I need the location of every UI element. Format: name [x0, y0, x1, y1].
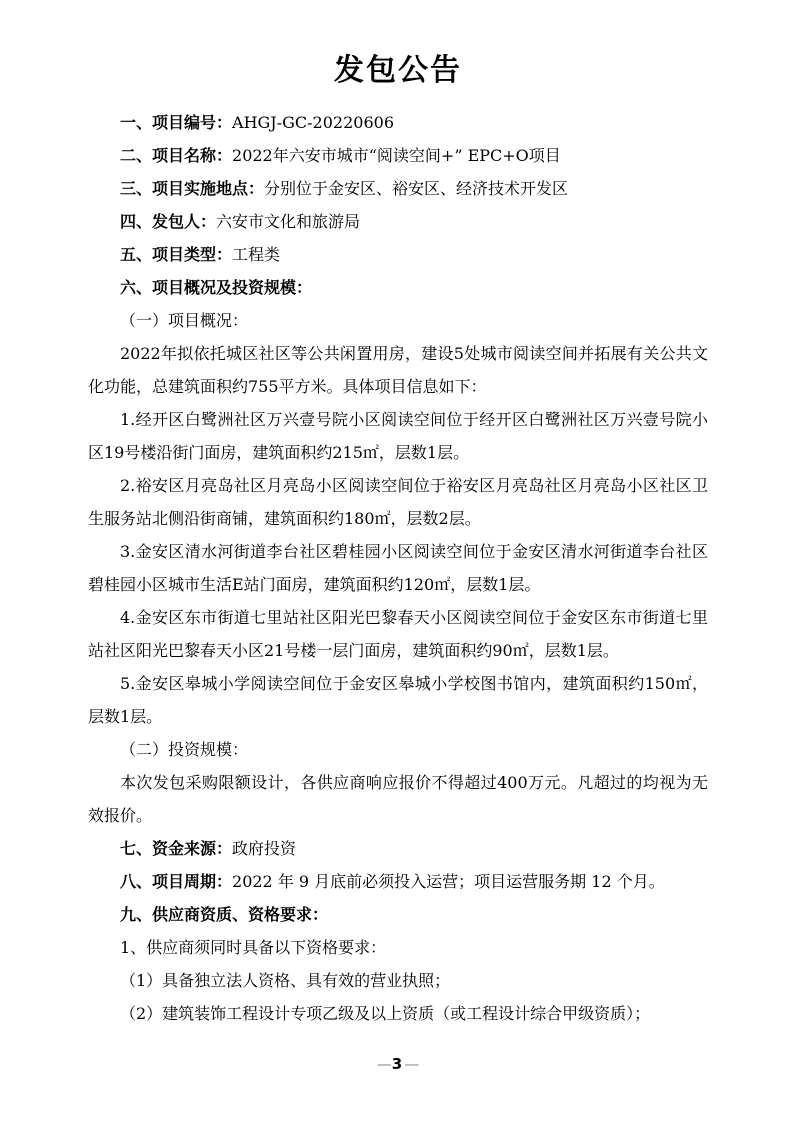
- document-title: 发包公告: [88, 50, 708, 92]
- footer-dash-right: —: [404, 1055, 417, 1073]
- paragraph-label: 四、发包人：: [120, 212, 216, 231]
- paragraph-text: 3.金安区清水河街道李台社区碧桂园小区阅读空间位于金安区清水河街道李台社区碧桂园…: [88, 542, 708, 594]
- paragraph: 3.金安区清水河街道李台社区碧桂园小区阅读空间位于金安区清水河街道李台社区碧桂园…: [88, 535, 708, 601]
- footer-dash-left: —: [377, 1055, 390, 1073]
- document-body: 一、项目编号：AHGJ-GC-20220606二、项目名称：2022年六安市城市…: [88, 106, 708, 1030]
- paragraph: （一）项目概况：: [88, 304, 708, 337]
- paragraph-label: 八、项目周期：: [120, 872, 232, 891]
- paragraph-text: 工程类: [232, 245, 280, 264]
- paragraph-text: 本次发包采购限额设计，各供应商响应报价不得超过400万元。凡超过的均视为无效报价…: [88, 773, 708, 825]
- paragraph-label: 三、项目实施地点：: [120, 179, 264, 198]
- paragraph-label: 六、项目概况及投资规模：: [120, 278, 312, 297]
- paragraph: 4.金安区东市街道七里站社区阳光巴黎春天小区阅读空间位于金安区东市街道七里站社区…: [88, 601, 708, 667]
- paragraph-text: （二）投资规模：: [120, 740, 248, 759]
- paragraph-text: 1、供应商须同时具备以下资格要求：: [120, 938, 386, 957]
- paragraph-text: 分别位于金安区、裕安区、经济技术开发区: [264, 179, 568, 198]
- paragraph-text: 六安市文化和旅游局: [216, 212, 360, 231]
- paragraph: 2.裕安区月亮岛社区月亮岛小区阅读空间位于裕安区月亮岛社区月亮岛小区社区卫生服务…: [88, 469, 708, 535]
- paragraph: 2022年拟依托城区社区等公共闲置用房，建设5处城市阅读空间并拓展有关公共文化功…: [88, 337, 708, 403]
- paragraph-text: 政府投资: [232, 839, 296, 858]
- document-page: 发包公告 一、项目编号：AHGJ-GC-20220606二、项目名称：2022年…: [0, 0, 794, 1122]
- paragraph-text: （一）项目概况：: [120, 311, 248, 330]
- paragraph-label: 五、项目类型：: [120, 245, 232, 264]
- paragraph: （2）建筑装饰工程设计专项乙级及以上资质（或工程设计综合甲级资质）；: [88, 997, 708, 1030]
- paragraph-text: 2022年拟依托城区社区等公共闲置用房，建设5处城市阅读空间并拓展有关公共文化功…: [88, 344, 708, 396]
- paragraph: 八、项目周期：2022 年 9 月底前必须投入运营；项目运营服务期 12 个月。: [88, 865, 708, 898]
- paragraph-label: 七、资金来源：: [120, 839, 232, 858]
- paragraph: 本次发包采购限额设计，各供应商响应报价不得超过400万元。凡超过的均视为无效报价…: [88, 766, 708, 832]
- paragraph: 四、发包人：六安市文化和旅游局: [88, 205, 708, 238]
- paragraph-text: 2022年六安市城市“阅读空间+” EPC+O项目: [232, 146, 561, 165]
- paragraph-label: 二、项目名称：: [120, 146, 232, 165]
- paragraph: 1、供应商须同时具备以下资格要求：: [88, 931, 708, 964]
- paragraph-text: 5.金安区皋城小学阅读空间位于金安区皋城小学校图书馆内，建筑面积约150㎡，层数…: [88, 674, 708, 726]
- paragraph-text: （2）建筑装饰工程设计专项乙级及以上资质（或工程设计综合甲级资质）；: [120, 1004, 650, 1023]
- paragraph: （1）具备独立法人资格、具有效的营业执照；: [88, 964, 708, 997]
- page-footer: —3—: [0, 1054, 794, 1074]
- paragraph: 五、项目类型：工程类: [88, 238, 708, 271]
- paragraph-text: （1）具备独立法人资格、具有效的营业执照；: [120, 971, 450, 990]
- paragraph: 三、项目实施地点：分别位于金安区、裕安区、经济技术开发区: [88, 172, 708, 205]
- paragraph: 九、供应商资质、资格要求：: [88, 898, 708, 931]
- paragraph-text: 2.裕安区月亮岛社区月亮岛小区阅读空间位于裕安区月亮岛社区月亮岛小区社区卫生服务…: [88, 476, 708, 528]
- paragraph: 六、项目概况及投资规模：: [88, 271, 708, 304]
- page-number: 3: [390, 1055, 404, 1073]
- paragraph-text: 2022 年 9 月底前必须投入运营；项目运营服务期 12 个月。: [232, 872, 665, 891]
- paragraph-text: 1.经开区白鹭洲社区万兴壹号院小区阅读空间位于经开区白鹭洲社区万兴壹号院小区19…: [88, 410, 708, 462]
- paragraph: （二）投资规模：: [88, 733, 708, 766]
- paragraph: 1.经开区白鹭洲社区万兴壹号院小区阅读空间位于经开区白鹭洲社区万兴壹号院小区19…: [88, 403, 708, 469]
- paragraph-label: 一、项目编号：: [120, 113, 232, 132]
- paragraph-text: AHGJ-GC-20220606: [232, 113, 394, 132]
- paragraph-text: 4.金安区东市街道七里站社区阳光巴黎春天小区阅读空间位于金安区东市街道七里站社区…: [88, 608, 708, 660]
- paragraph-label: 九、供应商资质、资格要求：: [120, 905, 328, 924]
- paragraph: 5.金安区皋城小学阅读空间位于金安区皋城小学校图书馆内，建筑面积约150㎡，层数…: [88, 667, 708, 733]
- paragraph: 二、项目名称：2022年六安市城市“阅读空间+” EPC+O项目: [88, 139, 708, 172]
- paragraph: 一、项目编号：AHGJ-GC-20220606: [88, 106, 708, 139]
- paragraph: 七、资金来源：政府投资: [88, 832, 708, 865]
